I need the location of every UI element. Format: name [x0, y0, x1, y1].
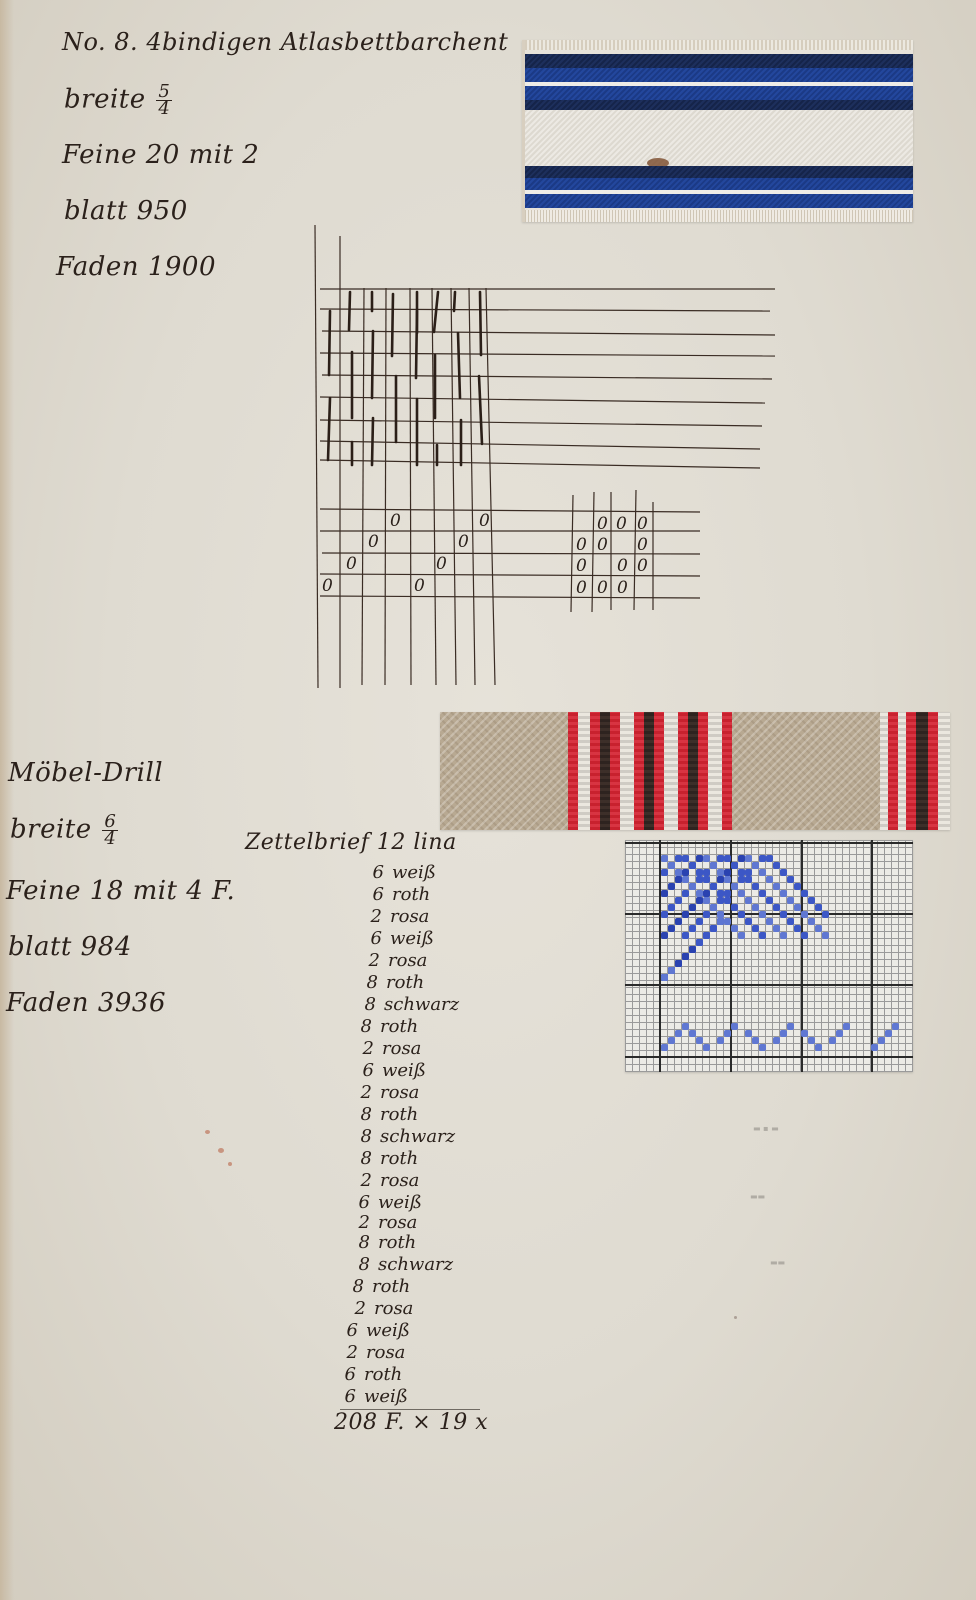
design-dot [759, 855, 766, 862]
svg-text:0: 0 [597, 578, 608, 598]
design-dot [668, 904, 675, 911]
design-dot [675, 960, 682, 967]
faint-print-mark: ▬ ▪ ▬ [753, 1124, 779, 1133]
design-dot [675, 897, 682, 904]
design-dot [661, 869, 668, 876]
design-dot [773, 883, 780, 890]
list-item: 8roth [342, 1276, 410, 1297]
design-dot [703, 855, 710, 862]
design-dot [808, 897, 815, 904]
svg-text:0: 0 [458, 532, 469, 552]
svg-text:0: 0 [576, 535, 587, 555]
design-dot [829, 1037, 836, 1044]
entry2-title: Möbel-Drill [8, 758, 163, 788]
stripe-red [634, 712, 644, 830]
svg-text:0: 0 [390, 511, 401, 531]
design-dot [752, 904, 759, 911]
design-dot [731, 1023, 738, 1030]
design-dot [717, 869, 724, 876]
svg-text:0: 0 [637, 514, 648, 534]
svg-text:0: 0 [617, 556, 628, 576]
design-dot [752, 1037, 759, 1044]
design-dot [696, 855, 703, 862]
design-dot [661, 890, 668, 897]
stripe-white [708, 712, 722, 830]
design-dot [724, 1030, 731, 1037]
design-dot [752, 925, 759, 932]
design-dot [661, 855, 668, 862]
design-dot [843, 1023, 850, 1030]
design-dot [871, 1044, 878, 1051]
design-dot [794, 925, 801, 932]
design-dot [752, 862, 759, 869]
design-dot [703, 876, 710, 883]
stripe-red [928, 712, 938, 830]
ledger-page: No. 8. 4bindigen Atlasbettbarchent breit… [0, 0, 976, 1600]
design-dot [780, 869, 787, 876]
design-dot [780, 932, 787, 939]
design-dot [794, 883, 801, 890]
design-dot [710, 904, 717, 911]
grid-major-line [625, 984, 913, 986]
design-dot [689, 883, 696, 890]
design-dot [682, 932, 689, 939]
design-dot [717, 876, 724, 883]
stripe-black [600, 712, 610, 830]
design-dot [773, 1037, 780, 1044]
list-item: 6weiß [352, 1060, 426, 1081]
design-dot [668, 967, 675, 974]
design-dot [780, 911, 787, 918]
design-dot [759, 932, 766, 939]
design-dot [759, 911, 766, 918]
faint-print-mark: ▬▬ [750, 1192, 765, 1201]
design-dot [801, 890, 808, 897]
stripe-red [568, 712, 578, 830]
list-item: 6roth [334, 1364, 402, 1385]
design-dot [822, 911, 829, 918]
design-dot [773, 862, 780, 869]
list-item: 2rosa [350, 1082, 419, 1103]
svg-text:0: 0 [322, 576, 333, 596]
design-dot [738, 932, 745, 939]
design-dot [696, 1037, 703, 1044]
design-dot [682, 953, 689, 960]
design-dot [675, 869, 682, 876]
list-item: 6weiß [336, 1320, 410, 1341]
faint-print-mark: ▬▬ [770, 1258, 785, 1267]
design-dot [745, 1030, 752, 1037]
design-dot [752, 883, 759, 890]
design-dot [682, 869, 689, 876]
design-dot [724, 897, 731, 904]
breite-denominator: 4 [102, 831, 118, 847]
list-item: 2rosa [360, 906, 429, 927]
design-dot [703, 869, 710, 876]
design-dot [675, 876, 682, 883]
design-dot [717, 911, 724, 918]
design-dot [745, 876, 752, 883]
stripe-black [916, 712, 928, 830]
design-dot [738, 890, 745, 897]
design-dot [724, 890, 731, 897]
grid-major-line [801, 840, 803, 1072]
list-item: 8schwarz [348, 1254, 453, 1275]
list-item: 2rosa [344, 1298, 413, 1319]
design-dot [710, 862, 717, 869]
design-dot [703, 1044, 710, 1051]
zettelbrief-label: Zettelbrief 12 lina [245, 830, 457, 855]
list-item: 8roth [348, 1232, 416, 1253]
design-dot [836, 1030, 843, 1037]
entry2-feine: Feine 18 mit 4 F. [6, 876, 235, 906]
design-dot [801, 1030, 808, 1037]
stripe-white [578, 712, 590, 830]
design-dot [822, 932, 829, 939]
stripe-white [620, 712, 634, 830]
design-dot [787, 918, 794, 925]
design-dot [878, 1037, 885, 1044]
list-item: 6weiß [360, 928, 434, 949]
list-item: 6weiß [348, 1192, 422, 1213]
design-dot [689, 862, 696, 869]
design-dot [738, 855, 745, 862]
design-dot [801, 911, 808, 918]
design-dot [717, 855, 724, 862]
design-dot [738, 869, 745, 876]
ground-herringbone [732, 712, 880, 830]
list-item: 2rosa [350, 1170, 419, 1191]
stripe-white [880, 712, 888, 830]
point-paper-design [625, 840, 913, 1072]
stripe-red [590, 712, 600, 830]
design-dot [787, 1023, 794, 1030]
design-dot [766, 855, 773, 862]
entry2-breite: breite 6 4 [10, 814, 118, 847]
list-item: 8schwarz [354, 994, 459, 1015]
list-item: 2rosa [358, 950, 427, 971]
list-item: 2rosa [336, 1342, 405, 1363]
design-dot [815, 904, 822, 911]
design-dot [787, 897, 794, 904]
design-dot [815, 1044, 822, 1051]
design-dot [724, 876, 731, 883]
list-item: 2rosa [348, 1212, 417, 1233]
design-dot [661, 974, 668, 981]
entry2-blatt: blatt 984 [8, 932, 132, 962]
design-dot [892, 1023, 899, 1030]
svg-text:0: 0 [616, 514, 627, 534]
design-dot [808, 1037, 815, 1044]
design-dot [738, 876, 745, 883]
svg-text:0: 0 [637, 556, 648, 576]
design-dot [668, 925, 675, 932]
grid-major-line [625, 842, 913, 844]
design-dot [682, 911, 689, 918]
design-dot [675, 918, 682, 925]
stripe-white [898, 712, 906, 830]
design-dot [717, 897, 724, 904]
svg-text:0: 0 [597, 535, 608, 555]
design-dot [885, 1030, 892, 1037]
stripe-red [888, 712, 898, 830]
list-item: 2rosa [352, 1038, 421, 1059]
list-item: 8roth [350, 1148, 418, 1169]
design-dot [696, 939, 703, 946]
grid-major-line [625, 1056, 913, 1058]
design-dot [745, 855, 752, 862]
stripe-black [688, 712, 698, 830]
design-dot [682, 1023, 689, 1030]
svg-text:0: 0 [597, 514, 608, 534]
list-item: 6weiß [362, 862, 436, 883]
design-dot [696, 890, 703, 897]
svg-text:0: 0 [346, 554, 357, 574]
svg-text:0: 0 [637, 535, 648, 555]
design-dot [675, 855, 682, 862]
grid-major-line [625, 913, 913, 915]
design-dot [745, 897, 752, 904]
design-dot [815, 925, 822, 932]
stripe-red [698, 712, 708, 830]
warp-total: 208 F. × 19 x [334, 1410, 488, 1435]
design-dot [661, 1044, 668, 1051]
stripe-white [664, 712, 678, 830]
stripe-red [678, 712, 688, 830]
breite-label: breite [10, 815, 92, 845]
design-dot [696, 897, 703, 904]
entry2-faden: Faden 3936 [6, 988, 166, 1018]
svg-text:0: 0 [576, 556, 587, 576]
design-dot [745, 869, 752, 876]
design-dot [731, 862, 738, 869]
stripe-white [938, 712, 950, 830]
stripe-red [906, 712, 916, 830]
list-item: 8roth [350, 1016, 418, 1037]
design-dot [675, 1030, 682, 1037]
design-dot [661, 911, 668, 918]
design-dot [794, 904, 801, 911]
design-dot [766, 897, 773, 904]
design-dot [703, 890, 710, 897]
stripe-red [722, 712, 732, 830]
list-item: 8roth [350, 1104, 418, 1125]
list-item: 6roth [362, 884, 430, 905]
design-dot [668, 1037, 675, 1044]
svg-text:0: 0 [368, 532, 379, 552]
design-dot [780, 1030, 787, 1037]
stripe-black [644, 712, 654, 830]
design-dot [717, 890, 724, 897]
design-dot [696, 918, 703, 925]
design-dot [780, 890, 787, 897]
design-dot [682, 855, 689, 862]
stripe-red [610, 712, 620, 830]
svg-text:0: 0 [436, 554, 447, 574]
design-dot [745, 918, 752, 925]
design-dot [731, 904, 738, 911]
design-dot [710, 925, 717, 932]
design-dot [703, 897, 710, 904]
design-dot [724, 918, 731, 925]
breite-fraction: 6 4 [102, 814, 118, 847]
design-dot [738, 911, 745, 918]
svg-text:0: 0 [479, 511, 490, 531]
design-dot [773, 925, 780, 932]
design-dot [703, 932, 710, 939]
design-dot [766, 918, 773, 925]
list-item: 8roth [356, 972, 424, 993]
list-item: 6weiß [334, 1386, 408, 1407]
design-dot [703, 911, 710, 918]
design-dot [724, 869, 731, 876]
design-dot [759, 869, 766, 876]
design-dot [759, 890, 766, 897]
stain [205, 1130, 210, 1134]
design-dot [724, 855, 731, 862]
list-item: 8schwarz [350, 1126, 455, 1147]
stain [734, 1316, 737, 1319]
design-dot [682, 876, 689, 883]
svg-text:0: 0 [414, 576, 425, 596]
grid-major-line [871, 840, 873, 1072]
design-dot [717, 1037, 724, 1044]
design-dot [696, 876, 703, 883]
stain [218, 1148, 224, 1153]
design-dot [731, 925, 738, 932]
design-dot [717, 918, 724, 925]
design-dot [808, 918, 815, 925]
design-dot [696, 869, 703, 876]
design-dot [689, 904, 696, 911]
design-dot [682, 890, 689, 897]
design-dot [773, 904, 780, 911]
fabric-swatch-mobel-drill [440, 712, 950, 830]
design-dot [689, 925, 696, 932]
svg-text:0: 0 [576, 578, 587, 598]
design-dot [668, 883, 675, 890]
design-dot [710, 883, 717, 890]
stain [228, 1162, 232, 1166]
design-dot [766, 876, 773, 883]
design-dot [661, 932, 668, 939]
ground-herringbone [440, 712, 568, 830]
design-dot [668, 862, 675, 869]
design-dot [801, 932, 808, 939]
design-dot [689, 946, 696, 953]
design-dot [787, 876, 794, 883]
svg-text:0: 0 [617, 578, 628, 598]
design-dot [759, 1044, 766, 1051]
design-dot [689, 1030, 696, 1037]
stripe-red [654, 712, 664, 830]
design-dot [731, 883, 738, 890]
